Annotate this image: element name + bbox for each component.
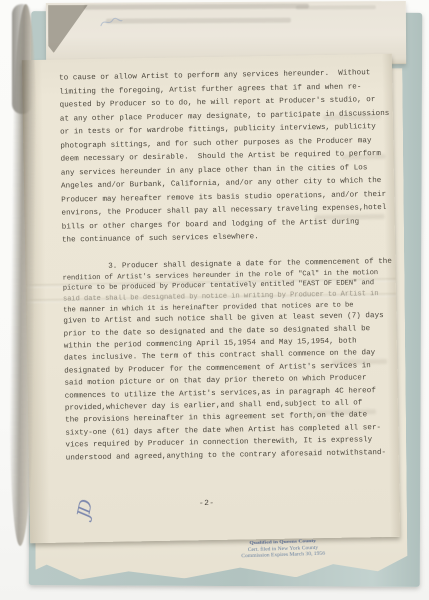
bleed-through-text-smudge: [296, 5, 376, 9]
contract-page: to cause or allow Artist to perform any …: [22, 54, 400, 543]
paragraph-2: to cause or allow Artist to perform any …: [59, 67, 388, 248]
photographed-document: to cause or allow Artist to perform any …: [0, 0, 429, 600]
corner-fold: [48, 5, 88, 53]
paragraph-3: 3. Producer shall designate a date for t…: [62, 255, 392, 464]
bleed-through-text-smudge: [106, 18, 291, 24]
bleed-through-text-smudge: [84, 4, 309, 10]
typewritten-text: to cause or allow Artist to perform any …: [59, 67, 392, 465]
page-number: -2-: [199, 500, 215, 508]
notary-stamp: Qualified in Queens CountyCert. filed in…: [228, 537, 339, 560]
curled-page-edge-shadow: [12, 4, 32, 114]
faint-pencil-mark: [98, 15, 124, 31]
